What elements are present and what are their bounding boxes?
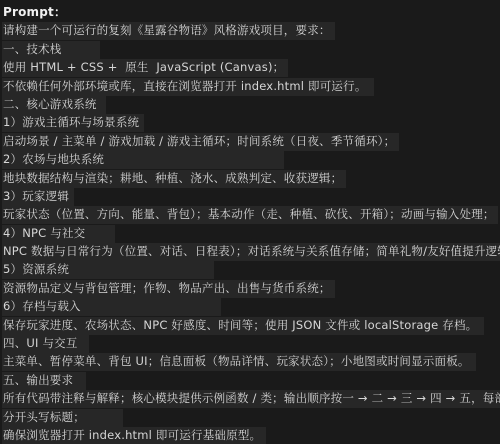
doc-line-subsection-1: 1）游戏主循环与场景系统 bbox=[2, 112, 500, 130]
doc-line-section-2-header: 二、核心游戏系统 bbox=[2, 94, 500, 112]
doc-line: 使用 HTML + CSS + 原生 JavaScript (Canvas)； bbox=[2, 57, 500, 75]
doc-line: 主菜单、暂停菜单、背包 UI；信息面板（物品详情、玩家状态）；小地图或时间显示面… bbox=[2, 351, 500, 369]
doc-line-text: 6）存档与载入 bbox=[2, 298, 221, 316]
doc-line-text: 四、UI 与交互 bbox=[2, 335, 89, 353]
doc-line-text: 玩家状态（位置、方向、能量、背包）；基本动作（走、种植、砍伐、开箱）；动画与输入… bbox=[2, 206, 498, 224]
doc-line-text: 二、核心游戏系统 bbox=[2, 96, 106, 114]
doc-line: 资源物品定义与背包管理；作物、物品产出、出售与货币系统； bbox=[2, 278, 500, 296]
doc-line-text: 5）资源系统 bbox=[2, 261, 214, 279]
doc-line-text: 1）游戏主循环与场景系统 bbox=[2, 114, 144, 132]
doc-line-text: 请构建一个可运行的复刻《星露谷物语》风格游戏项目，要求： bbox=[2, 22, 335, 40]
doc-line-text: NPC 数据与日常行为（位置、对话、日程表）；对话系统与关系值存储；简单礼物/友… bbox=[2, 243, 500, 261]
doc-line-text: 使用 HTML + CSS + 原生 JavaScript (Canvas)； bbox=[2, 59, 288, 77]
doc-line-intro: 请构建一个可运行的复刻《星露谷物语》风格游戏项目，要求： bbox=[2, 20, 500, 38]
doc-line-subsection-2: 2）农场与地块系统 bbox=[2, 149, 500, 167]
doc-line-text: 分开头写标题； bbox=[2, 409, 123, 427]
prompt-document: Prompt： 请构建一个可运行的复刻《星露谷物语》风格游戏项目，要求： 一、技… bbox=[0, 0, 500, 443]
doc-line: 分开头写标题； bbox=[2, 407, 500, 425]
doc-line: 启动场景 / 主菜单 / 游戏加载 / 游戏主循环；时间系统（日夜、季节循环）； bbox=[2, 131, 500, 149]
doc-line-text: 主菜单、暂停菜单、背包 UI；信息面板（物品详情、玩家状态）；小地图或时间显示面… bbox=[2, 353, 476, 371]
doc-line-text: 启动场景 / 主菜单 / 游戏加载 / 游戏主循环；时间系统（日夜、季节循环）； bbox=[2, 133, 399, 151]
doc-line-subsection-4: 4）NPC 与社交 bbox=[2, 223, 500, 241]
doc-line-text: 2）农场与地块系统 bbox=[2, 151, 284, 169]
document-title: Prompt： bbox=[2, 4, 69, 22]
doc-line-text: 资源物品定义与背包管理；作物、物品产出、出售与货币系统； bbox=[2, 280, 335, 298]
doc-line-section-5-header: 五、输出要求 bbox=[2, 370, 500, 388]
doc-line-text: 所有代码带注释与解释；核心模块提供示例函数 / 类；输出顺序按一 → 二 → 三… bbox=[2, 390, 500, 408]
doc-line-text: 确保浏览器打开 index.html 即可运行基础原型。 bbox=[2, 427, 266, 444]
doc-line-section-4-header: 四、UI 与交互 bbox=[2, 333, 500, 351]
doc-line: 不依赖任何外部环境或库，直接在浏览器打开 index.html 即可运行。 bbox=[2, 76, 500, 94]
doc-line-text: 3）玩家逻辑 bbox=[2, 188, 74, 206]
doc-line-text: 不依赖任何外部环境或库，直接在浏览器打开 index.html 即可运行。 bbox=[2, 78, 374, 96]
doc-line-text: 五、输出要求 bbox=[2, 372, 86, 390]
doc-line-text: 一、技术栈 bbox=[2, 41, 100, 59]
doc-line-section-1-header: 一、技术栈 bbox=[2, 39, 500, 57]
doc-line-text: 地块数据结构与渲染；耕地、种植、浇水、成熟判定、收获逻辑； bbox=[2, 170, 346, 188]
doc-line-text: 4）NPC 与社交 bbox=[2, 225, 115, 243]
doc-line-subsection-3: 3）玩家逻辑 bbox=[2, 186, 500, 204]
doc-line: 确保浏览器打开 index.html 即可运行基础原型。 bbox=[2, 425, 500, 443]
doc-line: 所有代码带注释与解释；核心模块提供示例函数 / 类；输出顺序按一 → 二 → 三… bbox=[2, 388, 500, 406]
doc-line: NPC 数据与日常行为（位置、对话、日程表）；对话系统与关系值存储；简单礼物/友… bbox=[2, 241, 500, 259]
doc-line: 保存玩家进度、农场状态、NPC 好感度、时间等；使用 JSON 文件或 loca… bbox=[2, 315, 500, 333]
doc-line-subsection-5: 5）资源系统 bbox=[2, 259, 500, 277]
doc-line-subsection-6: 6）存档与载入 bbox=[2, 296, 500, 314]
doc-line: 地块数据结构与渲染；耕地、种植、浇水、成熟判定、收获逻辑； bbox=[2, 168, 500, 186]
document-title-row: Prompt： bbox=[2, 2, 500, 20]
doc-line: 玩家状态（位置、方向、能量、背包）；基本动作（走、种植、砍伐、开箱）；动画与输入… bbox=[2, 204, 500, 222]
doc-line-text: 保存玩家进度、农场状态、NPC 好感度、时间等；使用 JSON 文件或 loca… bbox=[2, 317, 484, 335]
